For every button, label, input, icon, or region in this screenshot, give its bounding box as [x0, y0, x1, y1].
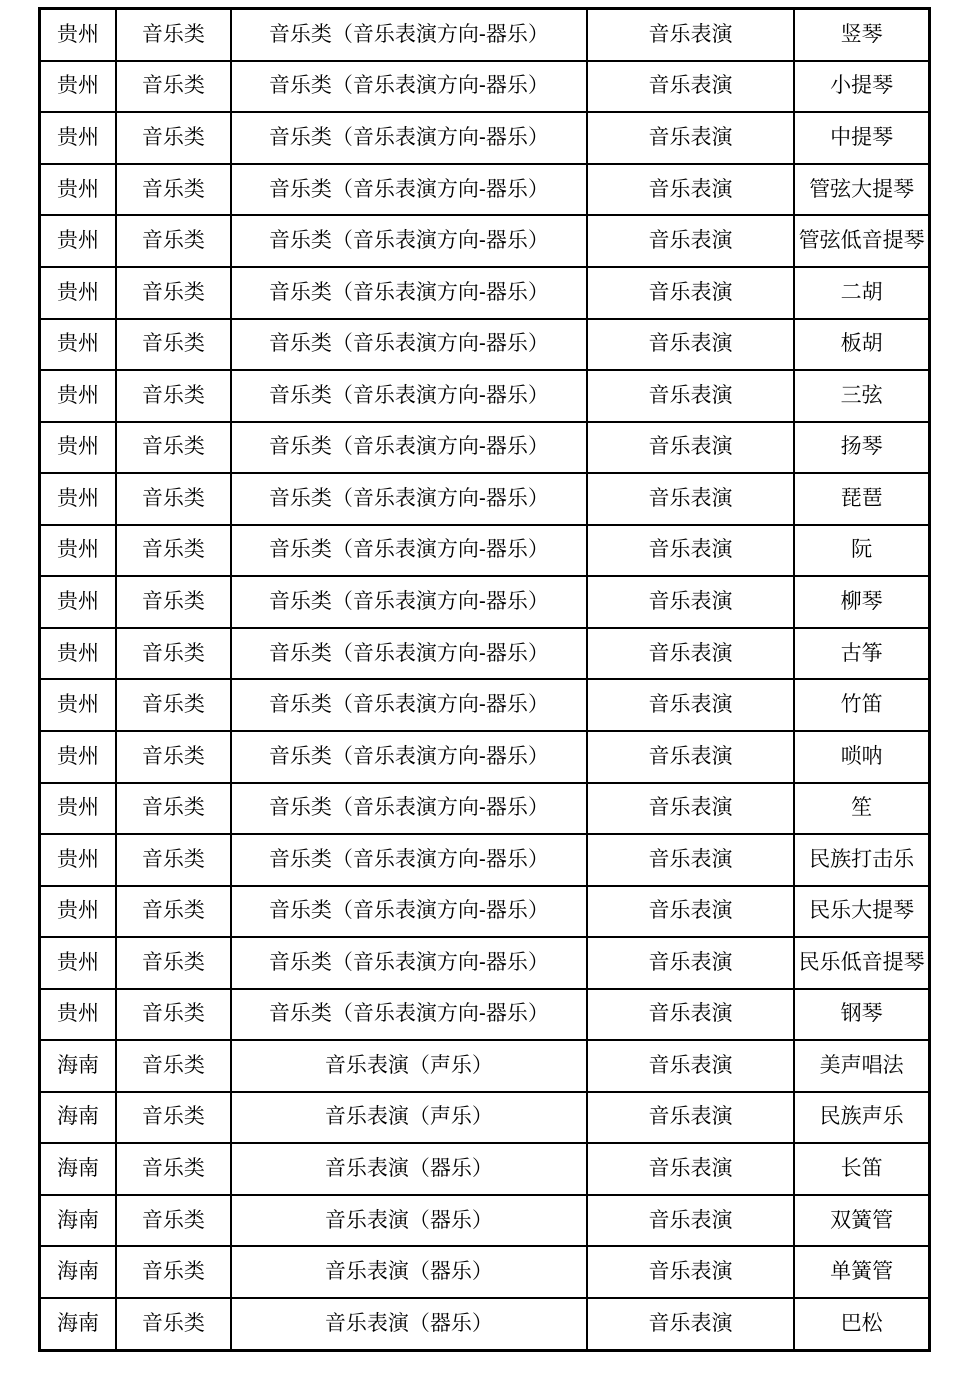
cell-province: 贵州	[40, 834, 117, 886]
cell-major-direction: 音乐类（音乐表演方向-器乐）	[231, 989, 587, 1041]
cell-category: 音乐类	[116, 1246, 231, 1298]
table-row: 贵州音乐类音乐类（音乐表演方向-器乐）音乐表演小提琴	[40, 61, 930, 113]
table-row: 贵州音乐类音乐类（音乐表演方向-器乐）音乐表演笙	[40, 783, 930, 835]
cell-province: 贵州	[40, 215, 117, 267]
table-row: 贵州音乐类音乐类（音乐表演方向-器乐）音乐表演竖琴	[40, 9, 930, 61]
cell-program: 音乐表演	[587, 267, 794, 319]
table-row: 贵州音乐类音乐类（音乐表演方向-器乐）音乐表演钢琴	[40, 989, 930, 1041]
cell-category: 音乐类	[116, 1298, 231, 1351]
table-row: 海南音乐类音乐表演（声乐）音乐表演美声唱法	[40, 1040, 930, 1092]
cell-province: 贵州	[40, 525, 117, 577]
table-row: 贵州音乐类音乐类（音乐表演方向-器乐）音乐表演柳琴	[40, 576, 930, 628]
cell-specialty: 钢琴	[794, 989, 929, 1041]
cell-province: 贵州	[40, 886, 117, 938]
table-row: 海南音乐类音乐表演（器乐）音乐表演单簧管	[40, 1246, 930, 1298]
cell-category: 音乐类	[116, 1040, 231, 1092]
cell-specialty: 小提琴	[794, 61, 929, 113]
cell-specialty: 巴松	[794, 1298, 929, 1351]
cell-province: 贵州	[40, 628, 117, 680]
cell-province: 贵州	[40, 422, 117, 474]
cell-specialty: 扬琴	[794, 422, 929, 474]
cell-province: 海南	[40, 1298, 117, 1351]
cell-major-direction: 音乐类（音乐表演方向-器乐）	[231, 319, 587, 371]
cell-program: 音乐表演	[587, 112, 794, 164]
cell-major-direction: 音乐类（音乐表演方向-器乐）	[231, 834, 587, 886]
cell-category: 音乐类	[116, 886, 231, 938]
cell-category: 音乐类	[116, 9, 231, 61]
cell-category: 音乐类	[116, 937, 231, 989]
table-row: 贵州音乐类音乐类（音乐表演方向-器乐）音乐表演阮	[40, 525, 930, 577]
cell-program: 音乐表演	[587, 1040, 794, 1092]
cell-specialty: 竹笛	[794, 679, 929, 731]
cell-program: 音乐表演	[587, 679, 794, 731]
cell-major-direction: 音乐表演（器乐）	[231, 1246, 587, 1298]
cell-category: 音乐类	[116, 473, 231, 525]
cell-program: 音乐表演	[587, 628, 794, 680]
table-row: 海南音乐类音乐表演（器乐）音乐表演巴松	[40, 1298, 930, 1351]
table-row: 贵州音乐类音乐类（音乐表演方向-器乐）音乐表演二胡	[40, 267, 930, 319]
cell-specialty: 管弦低音提琴	[794, 215, 929, 267]
cell-province: 海南	[40, 1040, 117, 1092]
cell-province: 贵州	[40, 937, 117, 989]
cell-program: 音乐表演	[587, 937, 794, 989]
cell-province: 贵州	[40, 473, 117, 525]
cell-specialty: 笙	[794, 783, 929, 835]
cell-category: 音乐类	[116, 422, 231, 474]
cell-program: 音乐表演	[587, 319, 794, 371]
cell-major-direction: 音乐类（音乐表演方向-器乐）	[231, 783, 587, 835]
admissions-majors-table: 贵州音乐类音乐类（音乐表演方向-器乐）音乐表演竖琴贵州音乐类音乐类（音乐表演方向…	[38, 7, 931, 1352]
cell-program: 音乐表演	[587, 1143, 794, 1195]
cell-program: 音乐表演	[587, 1195, 794, 1247]
cell-program: 音乐表演	[587, 215, 794, 267]
cell-specialty: 民族声乐	[794, 1092, 929, 1144]
cell-province: 贵州	[40, 267, 117, 319]
cell-category: 音乐类	[116, 679, 231, 731]
cell-program: 音乐表演	[587, 164, 794, 216]
cell-major-direction: 音乐类（音乐表演方向-器乐）	[231, 731, 587, 783]
cell-category: 音乐类	[116, 576, 231, 628]
cell-specialty: 阮	[794, 525, 929, 577]
cell-major-direction: 音乐类（音乐表演方向-器乐）	[231, 679, 587, 731]
cell-program: 音乐表演	[587, 989, 794, 1041]
cell-specialty: 中提琴	[794, 112, 929, 164]
cell-program: 音乐表演	[587, 370, 794, 422]
cell-major-direction: 音乐类（音乐表演方向-器乐）	[231, 576, 587, 628]
table-row: 贵州音乐类音乐类（音乐表演方向-器乐）音乐表演板胡	[40, 319, 930, 371]
cell-category: 音乐类	[116, 267, 231, 319]
cell-province: 贵州	[40, 370, 117, 422]
cell-province: 贵州	[40, 164, 117, 216]
cell-province: 贵州	[40, 731, 117, 783]
cell-major-direction: 音乐类（音乐表演方向-器乐）	[231, 112, 587, 164]
table-row: 贵州音乐类音乐类（音乐表演方向-器乐）音乐表演竹笛	[40, 679, 930, 731]
cell-program: 音乐表演	[587, 473, 794, 525]
cell-province: 贵州	[40, 783, 117, 835]
cell-specialty: 竖琴	[794, 9, 929, 61]
cell-program: 音乐表演	[587, 834, 794, 886]
cell-specialty: 双簧管	[794, 1195, 929, 1247]
cell-category: 音乐类	[116, 525, 231, 577]
cell-category: 音乐类	[116, 112, 231, 164]
cell-major-direction: 音乐表演（器乐）	[231, 1298, 587, 1351]
table-row: 海南音乐类音乐表演（器乐）音乐表演双簧管	[40, 1195, 930, 1247]
cell-specialty: 民族打击乐	[794, 834, 929, 886]
cell-program: 音乐表演	[587, 1298, 794, 1351]
table-row: 贵州音乐类音乐类（音乐表演方向-器乐）音乐表演扬琴	[40, 422, 930, 474]
cell-province: 贵州	[40, 61, 117, 113]
cell-category: 音乐类	[116, 215, 231, 267]
table-row: 贵州音乐类音乐类（音乐表演方向-器乐）音乐表演民乐低音提琴	[40, 937, 930, 989]
table-row: 贵州音乐类音乐类（音乐表演方向-器乐）音乐表演古筝	[40, 628, 930, 680]
cell-category: 音乐类	[116, 61, 231, 113]
cell-province: 海南	[40, 1092, 117, 1144]
cell-major-direction: 音乐类（音乐表演方向-器乐）	[231, 473, 587, 525]
cell-major-direction: 音乐类（音乐表演方向-器乐）	[231, 886, 587, 938]
cell-category: 音乐类	[116, 1092, 231, 1144]
cell-program: 音乐表演	[587, 1092, 794, 1144]
cell-province: 贵州	[40, 989, 117, 1041]
cell-major-direction: 音乐类（音乐表演方向-器乐）	[231, 422, 587, 474]
table-body: 贵州音乐类音乐类（音乐表演方向-器乐）音乐表演竖琴贵州音乐类音乐类（音乐表演方向…	[40, 9, 930, 1351]
cell-major-direction: 音乐表演（声乐）	[231, 1092, 587, 1144]
table-row: 贵州音乐类音乐类（音乐表演方向-器乐）音乐表演民乐大提琴	[40, 886, 930, 938]
cell-major-direction: 音乐类（音乐表演方向-器乐）	[231, 267, 587, 319]
cell-specialty: 唢呐	[794, 731, 929, 783]
cell-category: 音乐类	[116, 783, 231, 835]
cell-major-direction: 音乐表演（声乐）	[231, 1040, 587, 1092]
cell-specialty: 板胡	[794, 319, 929, 371]
table-row: 贵州音乐类音乐类（音乐表演方向-器乐）音乐表演中提琴	[40, 112, 930, 164]
table-row: 海南音乐类音乐表演（声乐）音乐表演民族声乐	[40, 1092, 930, 1144]
cell-province: 海南	[40, 1246, 117, 1298]
cell-specialty: 管弦大提琴	[794, 164, 929, 216]
cell-specialty: 美声唱法	[794, 1040, 929, 1092]
cell-program: 音乐表演	[587, 576, 794, 628]
cell-category: 音乐类	[116, 731, 231, 783]
cell-specialty: 柳琴	[794, 576, 929, 628]
cell-major-direction: 音乐类（音乐表演方向-器乐）	[231, 370, 587, 422]
cell-category: 音乐类	[116, 834, 231, 886]
cell-specialty: 琵琶	[794, 473, 929, 525]
table-row: 贵州音乐类音乐类（音乐表演方向-器乐）音乐表演三弦	[40, 370, 930, 422]
cell-major-direction: 音乐类（音乐表演方向-器乐）	[231, 61, 587, 113]
table-row: 贵州音乐类音乐类（音乐表演方向-器乐）音乐表演琵琶	[40, 473, 930, 525]
cell-province: 贵州	[40, 576, 117, 628]
cell-program: 音乐表演	[587, 886, 794, 938]
cell-program: 音乐表演	[587, 9, 794, 61]
cell-specialty: 长笛	[794, 1143, 929, 1195]
table-row: 海南音乐类音乐表演（器乐）音乐表演长笛	[40, 1143, 930, 1195]
cell-major-direction: 音乐类（音乐表演方向-器乐）	[231, 9, 587, 61]
cell-major-direction: 音乐类（音乐表演方向-器乐）	[231, 164, 587, 216]
cell-major-direction: 音乐类（音乐表演方向-器乐）	[231, 628, 587, 680]
cell-program: 音乐表演	[587, 783, 794, 835]
table-row: 贵州音乐类音乐类（音乐表演方向-器乐）音乐表演唢呐	[40, 731, 930, 783]
table-row: 贵州音乐类音乐类（音乐表演方向-器乐）音乐表演民族打击乐	[40, 834, 930, 886]
cell-category: 音乐类	[116, 989, 231, 1041]
cell-category: 音乐类	[116, 1143, 231, 1195]
cell-program: 音乐表演	[587, 422, 794, 474]
cell-category: 音乐类	[116, 319, 231, 371]
cell-specialty: 民乐大提琴	[794, 886, 929, 938]
cell-major-direction: 音乐表演（器乐）	[231, 1195, 587, 1247]
cell-category: 音乐类	[116, 1195, 231, 1247]
cell-province: 海南	[40, 1195, 117, 1247]
cell-province: 贵州	[40, 9, 117, 61]
cell-major-direction: 音乐表演（器乐）	[231, 1143, 587, 1195]
cell-specialty: 二胡	[794, 267, 929, 319]
cell-province: 贵州	[40, 319, 117, 371]
cell-specialty: 古筝	[794, 628, 929, 680]
cell-program: 音乐表演	[587, 1246, 794, 1298]
cell-major-direction: 音乐类（音乐表演方向-器乐）	[231, 937, 587, 989]
cell-specialty: 民乐低音提琴	[794, 937, 929, 989]
cell-program: 音乐表演	[587, 61, 794, 113]
document-page: 贵州音乐类音乐类（音乐表演方向-器乐）音乐表演竖琴贵州音乐类音乐类（音乐表演方向…	[0, 0, 963, 1385]
cell-program: 音乐表演	[587, 731, 794, 783]
cell-category: 音乐类	[116, 370, 231, 422]
cell-major-direction: 音乐类（音乐表演方向-器乐）	[231, 525, 587, 577]
cell-category: 音乐类	[116, 164, 231, 216]
table-row: 贵州音乐类音乐类（音乐表演方向-器乐）音乐表演管弦低音提琴	[40, 215, 930, 267]
table-row: 贵州音乐类音乐类（音乐表演方向-器乐）音乐表演管弦大提琴	[40, 164, 930, 216]
cell-specialty: 三弦	[794, 370, 929, 422]
cell-province: 贵州	[40, 679, 117, 731]
cell-province: 海南	[40, 1143, 117, 1195]
cell-province: 贵州	[40, 112, 117, 164]
cell-specialty: 单簧管	[794, 1246, 929, 1298]
cell-major-direction: 音乐类（音乐表演方向-器乐）	[231, 215, 587, 267]
cell-category: 音乐类	[116, 628, 231, 680]
cell-program: 音乐表演	[587, 525, 794, 577]
